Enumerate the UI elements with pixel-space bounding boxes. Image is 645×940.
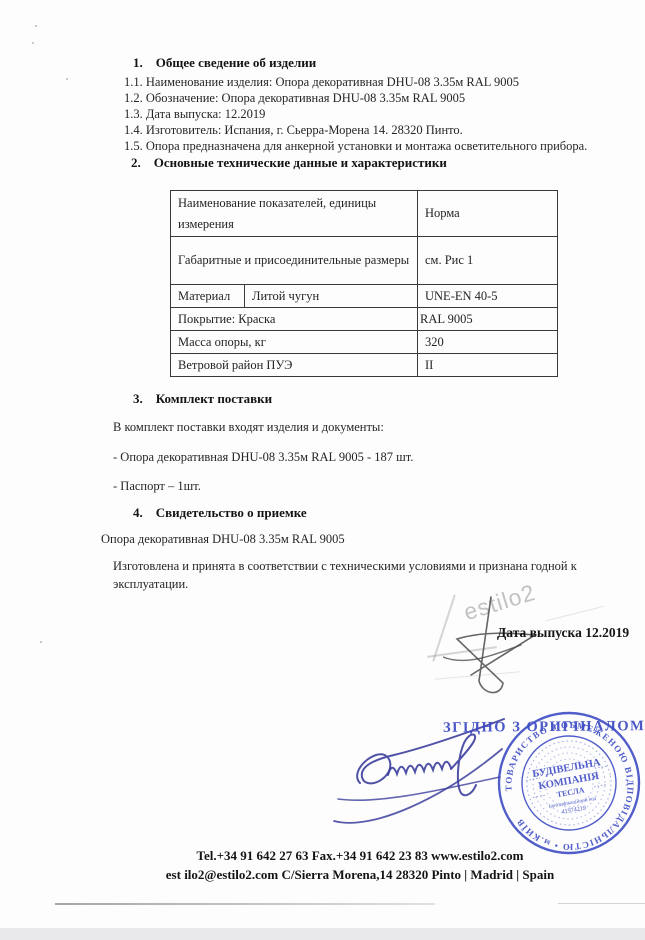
scan-speck	[35, 25, 37, 27]
table-cell-label: Покрытие: Краска	[171, 308, 418, 330]
table-cell-value: II	[418, 354, 557, 376]
section-2-heading: 2.Основные технические данные и характер…	[131, 155, 447, 171]
list-item: 1.4. Изготовитель: Испания, г. Сьерра-Мо…	[124, 122, 629, 138]
table-cell-value: 320	[418, 331, 557, 353]
table-row: Покрытие: Краска RAL 9005	[171, 308, 557, 331]
table-cell-label: Материал	[171, 285, 245, 307]
footer-line-1: Tel.+34 91 642 27 63 Fax.+34 91 642 23 8…	[75, 846, 645, 865]
section-4-number: 4.	[133, 505, 143, 521]
scan-artifact-line	[55, 903, 435, 905]
table-cell-label: Габаритные и присоединительные размеры	[171, 237, 418, 284]
table-row: Материал Литой чугун UNE-EN 40-5	[171, 285, 557, 308]
section-1-heading: 1.Общее сведение об изделии	[133, 55, 316, 71]
table-cell-value: RAL 9005	[418, 308, 557, 330]
delivery-intro: В комплект поставки входят изделия и док…	[113, 420, 384, 435]
table-row: Габаритные и присоединительные размеры с…	[171, 237, 557, 285]
table-row: Ветровой район ПУЭ II	[171, 354, 557, 377]
star-scribble-signature	[443, 595, 553, 700]
list-item: 1.5. Опора предназначена для анкерной ус…	[124, 138, 629, 154]
release-date: Дата выпуска 12.2019	[497, 625, 629, 641]
section-1-number: 1.	[133, 55, 143, 71]
list-item: 1.2. Обозначение: Опора декоративная DHU…	[124, 90, 629, 106]
footer-contacts: Tel.+34 91 642 27 63 Fax.+34 91 642 23 8…	[75, 846, 645, 884]
table-cell-value: UNE-EN 40-5	[418, 285, 557, 307]
table-cell-label: Наименование показателей, единицы измере…	[171, 191, 418, 236]
scan-speck	[40, 641, 42, 643]
table-row: Масса опоры, кг 320	[171, 331, 557, 354]
delivery-item: - Опора декоративная DHU-08 3.35м RAL 90…	[113, 450, 413, 465]
section-3-heading: 3.Комплект поставки	[133, 391, 272, 407]
table-cell-value: см. Рис 1	[418, 237, 557, 284]
section-3-number: 3.	[133, 391, 143, 407]
footer-line-2: est ilo2@estilo2.com C/Sierra Morena,14 …	[75, 865, 645, 884]
scan-speck	[32, 42, 34, 44]
section-4-title: Свидетельство о приемке	[156, 505, 307, 520]
page-bottom-edge	[0, 928, 645, 940]
table-cell-label: Ветровой район ПУЭ	[171, 354, 418, 376]
list-item: 1.1. Наименование изделия: Опора декорат…	[124, 74, 629, 90]
section-2-title: Основные технические данные и характерис…	[154, 155, 447, 170]
table-row: Наименование показателей, единицы измере…	[171, 191, 557, 237]
product-name: Опора декоративная DHU-08 3.35м RAL 9005	[101, 532, 345, 547]
section-2-number: 2.	[131, 155, 141, 171]
section-1-title: Общее сведение об изделии	[156, 55, 316, 70]
gray-stamp-line	[546, 606, 604, 621]
section-3-title: Комплект поставки	[156, 391, 272, 406]
delivery-item: - Паспорт – 1шт.	[113, 479, 201, 494]
table-cell-value: Норма	[418, 191, 557, 236]
spec-table: Наименование показателей, единицы измере…	[170, 190, 558, 377]
scan-artifact-line	[558, 903, 645, 904]
document-page: 1.Общее сведение об изделии 1.1. Наимено…	[0, 0, 645, 940]
table-cell-label: Масса опоры, кг	[171, 331, 418, 353]
scan-speck	[66, 78, 68, 80]
section-1-items: 1.1. Наименование изделия: Опора декорат…	[124, 74, 629, 154]
list-item: 1.3. Дата выпуска: 12.2019	[124, 106, 629, 122]
company-seal: ТОВАРИСТВО З ОБМЕЖЕНОЮ ВІДПОВІДАЛЬНІСТЮ …	[486, 700, 645, 867]
section-4-heading: 4.Свидетельство о приемке	[133, 505, 307, 521]
table-cell-sublabel: Литой чугун	[245, 285, 418, 307]
